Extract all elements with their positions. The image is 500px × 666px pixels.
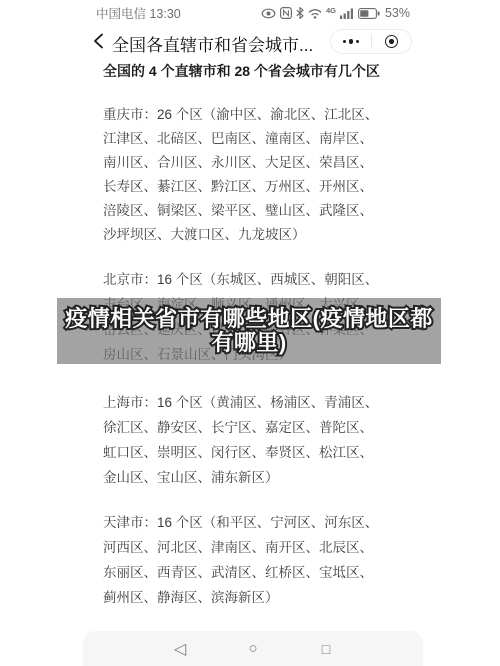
watermark-text-line1: 疫情相关省市有哪些地区(疫情地区都 bbox=[65, 307, 433, 331]
bluetooth-icon bbox=[296, 7, 304, 19]
text-line: 北京市：16 个区（东城区、西城区、朝阳区、 bbox=[103, 267, 378, 292]
status-icons: 4G 53% bbox=[261, 6, 410, 20]
text-line: 东丽区、西青区、武清区、红桥区、宝坻区、 bbox=[103, 560, 378, 585]
battery-percent: 53% bbox=[385, 6, 410, 20]
signal-icon bbox=[340, 8, 354, 19]
status-bar: 中国电信 13:30 4G bbox=[83, 0, 423, 26]
text-line: 徐汇区、静安区、长宁区、嘉定区、普陀区、 bbox=[103, 415, 378, 440]
phone-screenshot: 中国电信 13:30 4G bbox=[0, 0, 500, 666]
network-type-label: 4G bbox=[326, 6, 336, 15]
text-line: 南川区、合川区、永川区、大足区、荣昌区、 bbox=[103, 151, 378, 175]
wifi-icon bbox=[308, 8, 322, 19]
text-line: 沙坪坝区、大渡口区、九龙坡区） bbox=[103, 223, 378, 247]
watermark-overlay: 疫情相关省市有哪些地区(疫情地区都 有哪里) bbox=[57, 298, 441, 364]
back-triangle-icon[interactable]: ◁ bbox=[172, 639, 188, 659]
district-paragraph-chongqing: 重庆市：26 个区（渝中区、渝北区、江北区、 江津区、北碚区、巴南区、潼南区、南… bbox=[103, 103, 378, 247]
nfc-icon bbox=[280, 7, 292, 19]
page-title: 全国各直辖市和省会城市... bbox=[112, 31, 313, 56]
nav-bar: 全国各直辖市和省会城市... bbox=[83, 26, 423, 56]
text-line: 上海市：16 个区（黄浦区、杨浦区、青浦区、 bbox=[103, 390, 378, 415]
text-line: 江津区、北碚区、巴南区、潼南区、南岸区、 bbox=[103, 127, 378, 151]
text-line: 金山区、宝山区、浦东新区） bbox=[103, 465, 378, 490]
text-line: 虹口区、崇明区、闵行区、奉贤区、松江区、 bbox=[103, 440, 378, 465]
district-paragraph-shanghai: 上海市：16 个区（黄浦区、杨浦区、青浦区、 徐汇区、静安区、长宁区、嘉定区、普… bbox=[103, 390, 378, 490]
miniprogram-capsule bbox=[330, 29, 412, 54]
watermark-text-line2: 有哪里) bbox=[211, 331, 286, 355]
text-line: 河西区、河北区、津南区、南开区、北辰区、 bbox=[103, 535, 378, 560]
carrier-and-time: 中国电信 13:30 bbox=[96, 4, 181, 22]
eye-protection-icon bbox=[261, 8, 276, 19]
article-heading: 全国的 4 个直辖市和 28 个省会城市有几个区 bbox=[103, 61, 413, 81]
district-paragraph-tianjin: 天津市：16 个区（和平区、宁河区、河东区、 河西区、河北区、津南区、南开区、北… bbox=[103, 510, 378, 610]
exit-button[interactable] bbox=[372, 30, 412, 53]
text-line: 蓟州区、静海区、滨海新区） bbox=[103, 585, 378, 610]
more-options-button[interactable] bbox=[331, 30, 371, 53]
text-line: 涪陵区、铜梁区、梁平区、璧山区、武隆区、 bbox=[103, 199, 378, 223]
android-nav-bar: ◁ ○ □ bbox=[83, 631, 423, 666]
text-line: 天津市：16 个区（和平区、宁河区、河东区、 bbox=[103, 510, 378, 535]
recents-square-icon[interactable]: □ bbox=[318, 641, 334, 657]
more-dots-icon bbox=[343, 39, 359, 44]
home-circle-icon[interactable]: ○ bbox=[245, 640, 261, 657]
battery-icon bbox=[358, 8, 380, 19]
back-chevron-icon[interactable] bbox=[91, 32, 107, 50]
text-line: 长寿区、綦江区、黔江区、万州区、开州区、 bbox=[103, 175, 378, 199]
text-line: 重庆市：26 个区（渝中区、渝北区、江北区、 bbox=[103, 103, 378, 127]
exit-circle-icon bbox=[385, 35, 398, 48]
